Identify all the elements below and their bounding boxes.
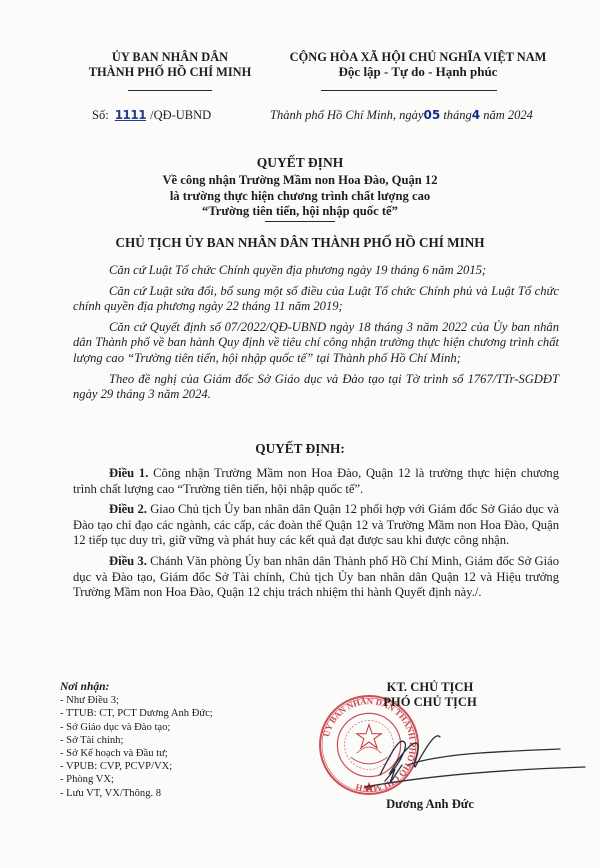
- recipient-item: - TTUB: CT, PCT Dương Anh Đức;: [60, 707, 213, 720]
- month-handwritten: 4: [472, 108, 480, 122]
- document-title: QUYẾT ĐỊNH: [0, 155, 600, 171]
- article-3: Điều 3. Chánh Văn phòng Ủy ban nhân dân …: [73, 554, 559, 601]
- national-motto: Độc lập - Tự do - Hạnh phúc: [258, 65, 578, 80]
- day-handwritten: 05: [423, 108, 440, 122]
- recipient-item: - Sở Giáo dục và Đào tạo;: [60, 721, 213, 734]
- recipient-item: - Lưu VT, VX/Thông. 8: [60, 787, 213, 800]
- decision-heading: QUYẾT ĐỊNH:: [0, 441, 600, 457]
- subtitle-line-3: “Trường tiên tiến, hội nhập quốc tế”: [0, 204, 600, 220]
- basis-item: Căn cứ Luật Tổ chức Chính quyền địa phươ…: [73, 263, 559, 279]
- basis-item: Căn cứ Quyết định số 07/2022/QĐ-UBND ngà…: [73, 320, 559, 367]
- nation-line-1: CỘNG HÒA XÃ HỘI CHỦ NGHĨA VIỆT NAM: [258, 50, 578, 65]
- subtitle-line-1: Về công nhận Trường Mầm non Hoa Đào, Quậ…: [0, 173, 600, 189]
- issuing-authority: CHỦ TỊCH ỦY BAN NHÂN DÂN THÀNH PHỐ HỒ CH…: [0, 235, 600, 251]
- signature-title-line-1: KT. CHỦ TỊCH: [330, 680, 530, 695]
- article-label: Điều 1.: [109, 466, 148, 480]
- issuer-line-1: ỦY BAN NHÂN DÂN: [85, 50, 255, 65]
- recipients-list: Nơi nhận: - Như Điều 3; - TTUB: CT, PCT …: [60, 681, 213, 800]
- so-label: Số:: [92, 108, 109, 122]
- basis-item: Căn cứ Luật sửa đổi, bổ sung một số điều…: [73, 284, 559, 315]
- recipient-item: - Sở Kế hoạch và Đầu tư;: [60, 747, 213, 760]
- so-suffix: /QĐ-UBND: [150, 108, 211, 122]
- signature-title: KT. CHỦ TỊCH PHÓ CHỦ TỊCH: [330, 680, 530, 710]
- motto-underline: [321, 90, 497, 91]
- article-label: Điều 3.: [109, 554, 147, 568]
- nation-header: CỘNG HÒA XÃ HỘI CHỦ NGHĨA VIỆT NAM Độc l…: [258, 50, 578, 79]
- legal-basis: Căn cứ Luật Tổ chức Chính quyền địa phươ…: [73, 263, 559, 408]
- issuer-underline: [128, 90, 212, 91]
- so-number-handwritten: 1111: [115, 108, 146, 122]
- recipient-item: - Phòng VX;: [60, 773, 213, 786]
- article-1: Điều 1. Công nhận Trường Mầm non Hoa Đào…: [73, 466, 559, 497]
- article-text: Chánh Văn phòng Ủy ban nhân dân Thành ph…: [73, 554, 559, 599]
- document-subtitle: Về công nhận Trường Mầm non Hoa Đào, Quậ…: [0, 173, 600, 220]
- signature-title-line-2: PHÓ CHỦ TỊCH: [330, 695, 530, 710]
- articles: Điều 1. Công nhận Trường Mầm non Hoa Đào…: [73, 466, 559, 606]
- place-date: Thành phố Hồ Chí Minh, ngày05 tháng4 năm…: [270, 108, 533, 123]
- basis-item: Theo đề nghị của Giám đốc Sở Giáo dục và…: [73, 372, 559, 403]
- month-label: tháng: [443, 108, 471, 122]
- signer-name: Dương Anh Đức: [330, 797, 530, 812]
- subtitle-underline: [265, 221, 335, 222]
- recipient-item: - Sở Tài chính;: [60, 734, 213, 747]
- subtitle-line-2: là trường thực hiện chương trình chất lư…: [0, 189, 600, 205]
- recipients-title: Nơi nhận:: [60, 681, 213, 694]
- document-number: Số:1111/QĐ-UBND: [92, 108, 211, 123]
- place-prefix: Thành phố Hồ Chí Minh, ngày: [270, 108, 423, 122]
- year-text: năm 2024: [483, 108, 533, 122]
- article-label: Điều 2.: [109, 502, 147, 516]
- recipient-item: - Như Điều 3;: [60, 694, 213, 707]
- recipient-item: - VPUB: CVP, PCVP/VX;: [60, 760, 213, 773]
- handwritten-signature-icon: [360, 725, 590, 795]
- issuer-header: ỦY BAN NHÂN DÂN THÀNH PHỐ HỒ CHÍ MINH: [85, 50, 255, 79]
- article-2: Điều 2. Giao Chủ tịch Ủy ban nhân dân Qu…: [73, 502, 559, 549]
- issuer-line-2: THÀNH PHỐ HỒ CHÍ MINH: [85, 65, 255, 80]
